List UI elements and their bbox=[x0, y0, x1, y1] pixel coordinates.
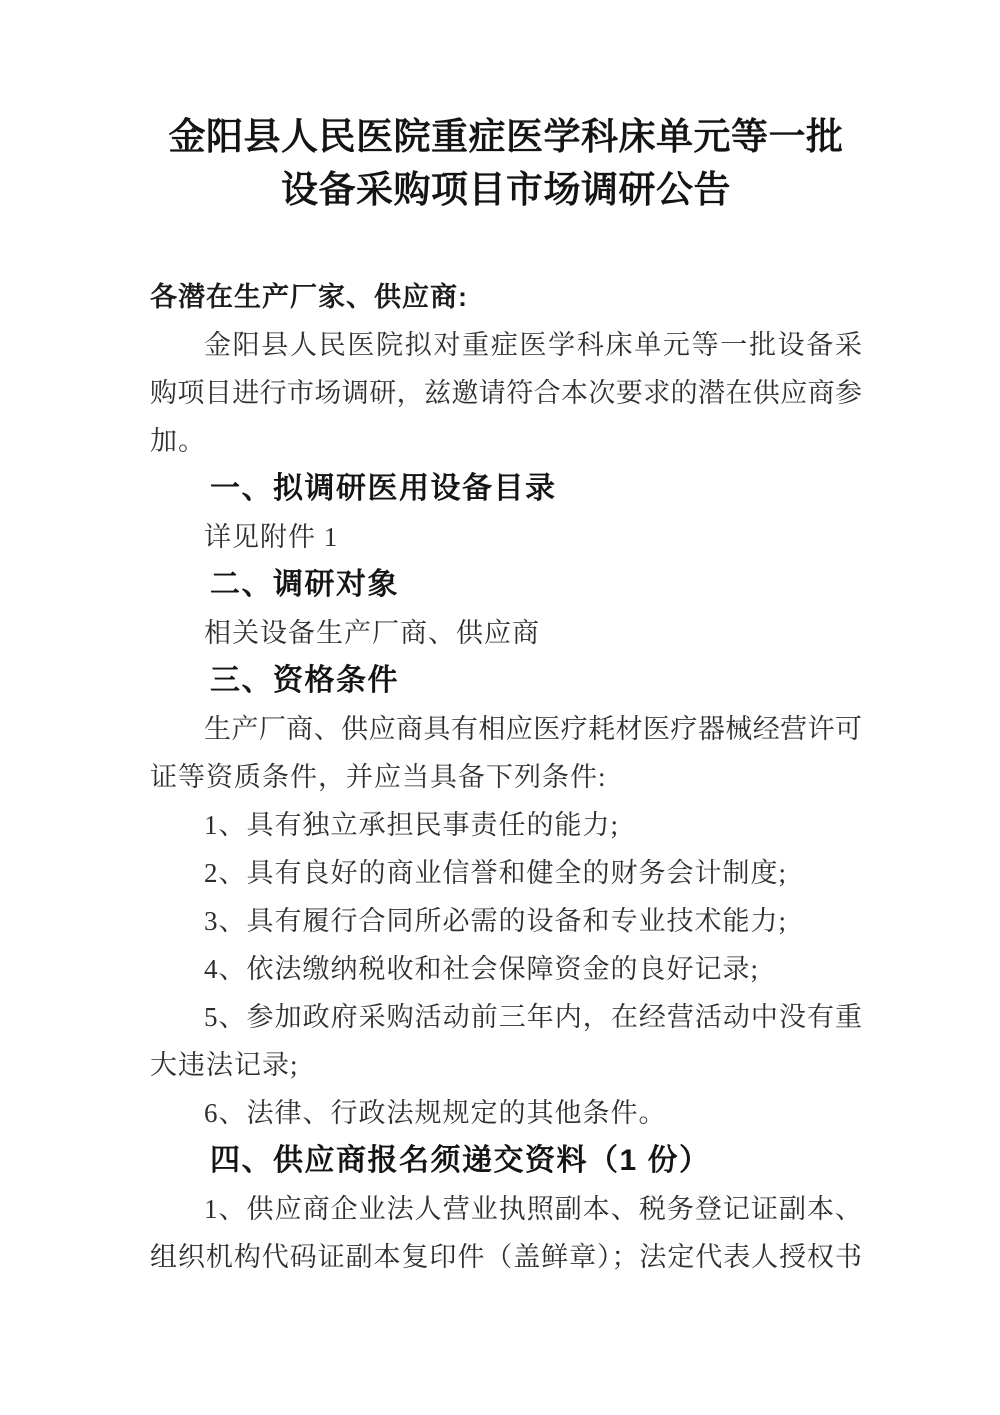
text-line: 详见附件 1 bbox=[150, 513, 862, 561]
document-title: 金阳县人民医院重症医学科床单元等一批 设备采购项目市场调研公告 bbox=[150, 110, 862, 216]
text-line: 加。 bbox=[150, 417, 862, 465]
paragraph: 5、参加政府采购活动前三年内，在经营活动中没有重大违法记录; bbox=[150, 993, 862, 1089]
document-title-line-1: 金阳县人民医院重症医学科床单元等一批 bbox=[150, 110, 862, 163]
text-line: 4、依法缴纳税收和社会保障资金的良好记录; bbox=[150, 945, 862, 993]
text-line: 1、具有独立承担民事责任的能力; bbox=[150, 801, 862, 849]
text-line: 1、供应商企业法人营业执照副本、税务登记证副本、 bbox=[150, 1185, 862, 1233]
text-line: 大违法记录; bbox=[150, 1041, 862, 1089]
paragraph: 1、具有独立承担民事责任的能力; bbox=[150, 801, 862, 849]
paragraph: 2、具有良好的商业信誉和健全的财务会计制度; bbox=[150, 849, 862, 897]
paragraph: 1、供应商企业法人营业执照副本、税务登记证副本、组织机构代码证副本复印件（盖鲜章… bbox=[150, 1185, 862, 1281]
document-page: 金阳县人民医院重症医学科床单元等一批 设备采购项目市场调研公告 各潜在生产厂家、… bbox=[0, 0, 1000, 1415]
text-line: 金阳县人民医院拟对重症医学科床单元等一批设备采 bbox=[150, 321, 862, 369]
section-heading: 三、资格条件 bbox=[150, 657, 862, 705]
section-heading: 一、拟调研医用设备目录 bbox=[150, 465, 862, 513]
paragraph: 详见附件 1 bbox=[150, 513, 862, 561]
paragraph: 金阳县人民医院拟对重症医学科床单元等一批设备采购项目进行市场调研，兹邀请符合本次… bbox=[150, 321, 862, 465]
paragraph: 相关设备生产厂商、供应商 bbox=[150, 609, 862, 657]
paragraph: 生产厂商、供应商具有相应医疗耗材医疗器械经营许可证等资质条件，并应当具备下列条件… bbox=[150, 705, 862, 801]
text-line: 组织机构代码证副本复印件（盖鲜章）；法定代表人授权书 bbox=[150, 1233, 862, 1281]
text-line: 相关设备生产厂商、供应商 bbox=[150, 609, 862, 657]
text-line: 证等资质条件，并应当具备下列条件: bbox=[150, 753, 862, 801]
paragraph: 3、具有履行合同所必需的设备和专业技术能力; bbox=[150, 897, 862, 945]
paragraph: 6、法律、行政法规规定的其他条件。 bbox=[150, 1089, 862, 1137]
document-title-line-2: 设备采购项目市场调研公告 bbox=[150, 163, 862, 216]
text-line: 6、法律、行政法规规定的其他条件。 bbox=[150, 1089, 862, 1137]
section-heading: 二、调研对象 bbox=[150, 561, 862, 609]
section-heading: 四、供应商报名须递交资料（1 份） bbox=[150, 1137, 862, 1185]
text-line: 3、具有履行合同所必需的设备和专业技术能力; bbox=[150, 897, 862, 945]
text-line: 5、参加政府采购活动前三年内，在经营活动中没有重 bbox=[150, 993, 862, 1041]
text-line: 2、具有良好的商业信誉和健全的财务会计制度; bbox=[150, 849, 862, 897]
salutation: 各潜在生产厂家、供应商: bbox=[150, 273, 862, 321]
text-line: 生产厂商、供应商具有相应医疗耗材医疗器械经营许可 bbox=[150, 705, 862, 753]
paragraph: 4、依法缴纳税收和社会保障资金的良好记录; bbox=[150, 945, 862, 993]
text-line: 购项目进行市场调研，兹邀请符合本次要求的潜在供应商参 bbox=[150, 369, 862, 417]
document-body: 金阳县人民医院拟对重症医学科床单元等一批设备采购项目进行市场调研，兹邀请符合本次… bbox=[150, 321, 862, 1281]
